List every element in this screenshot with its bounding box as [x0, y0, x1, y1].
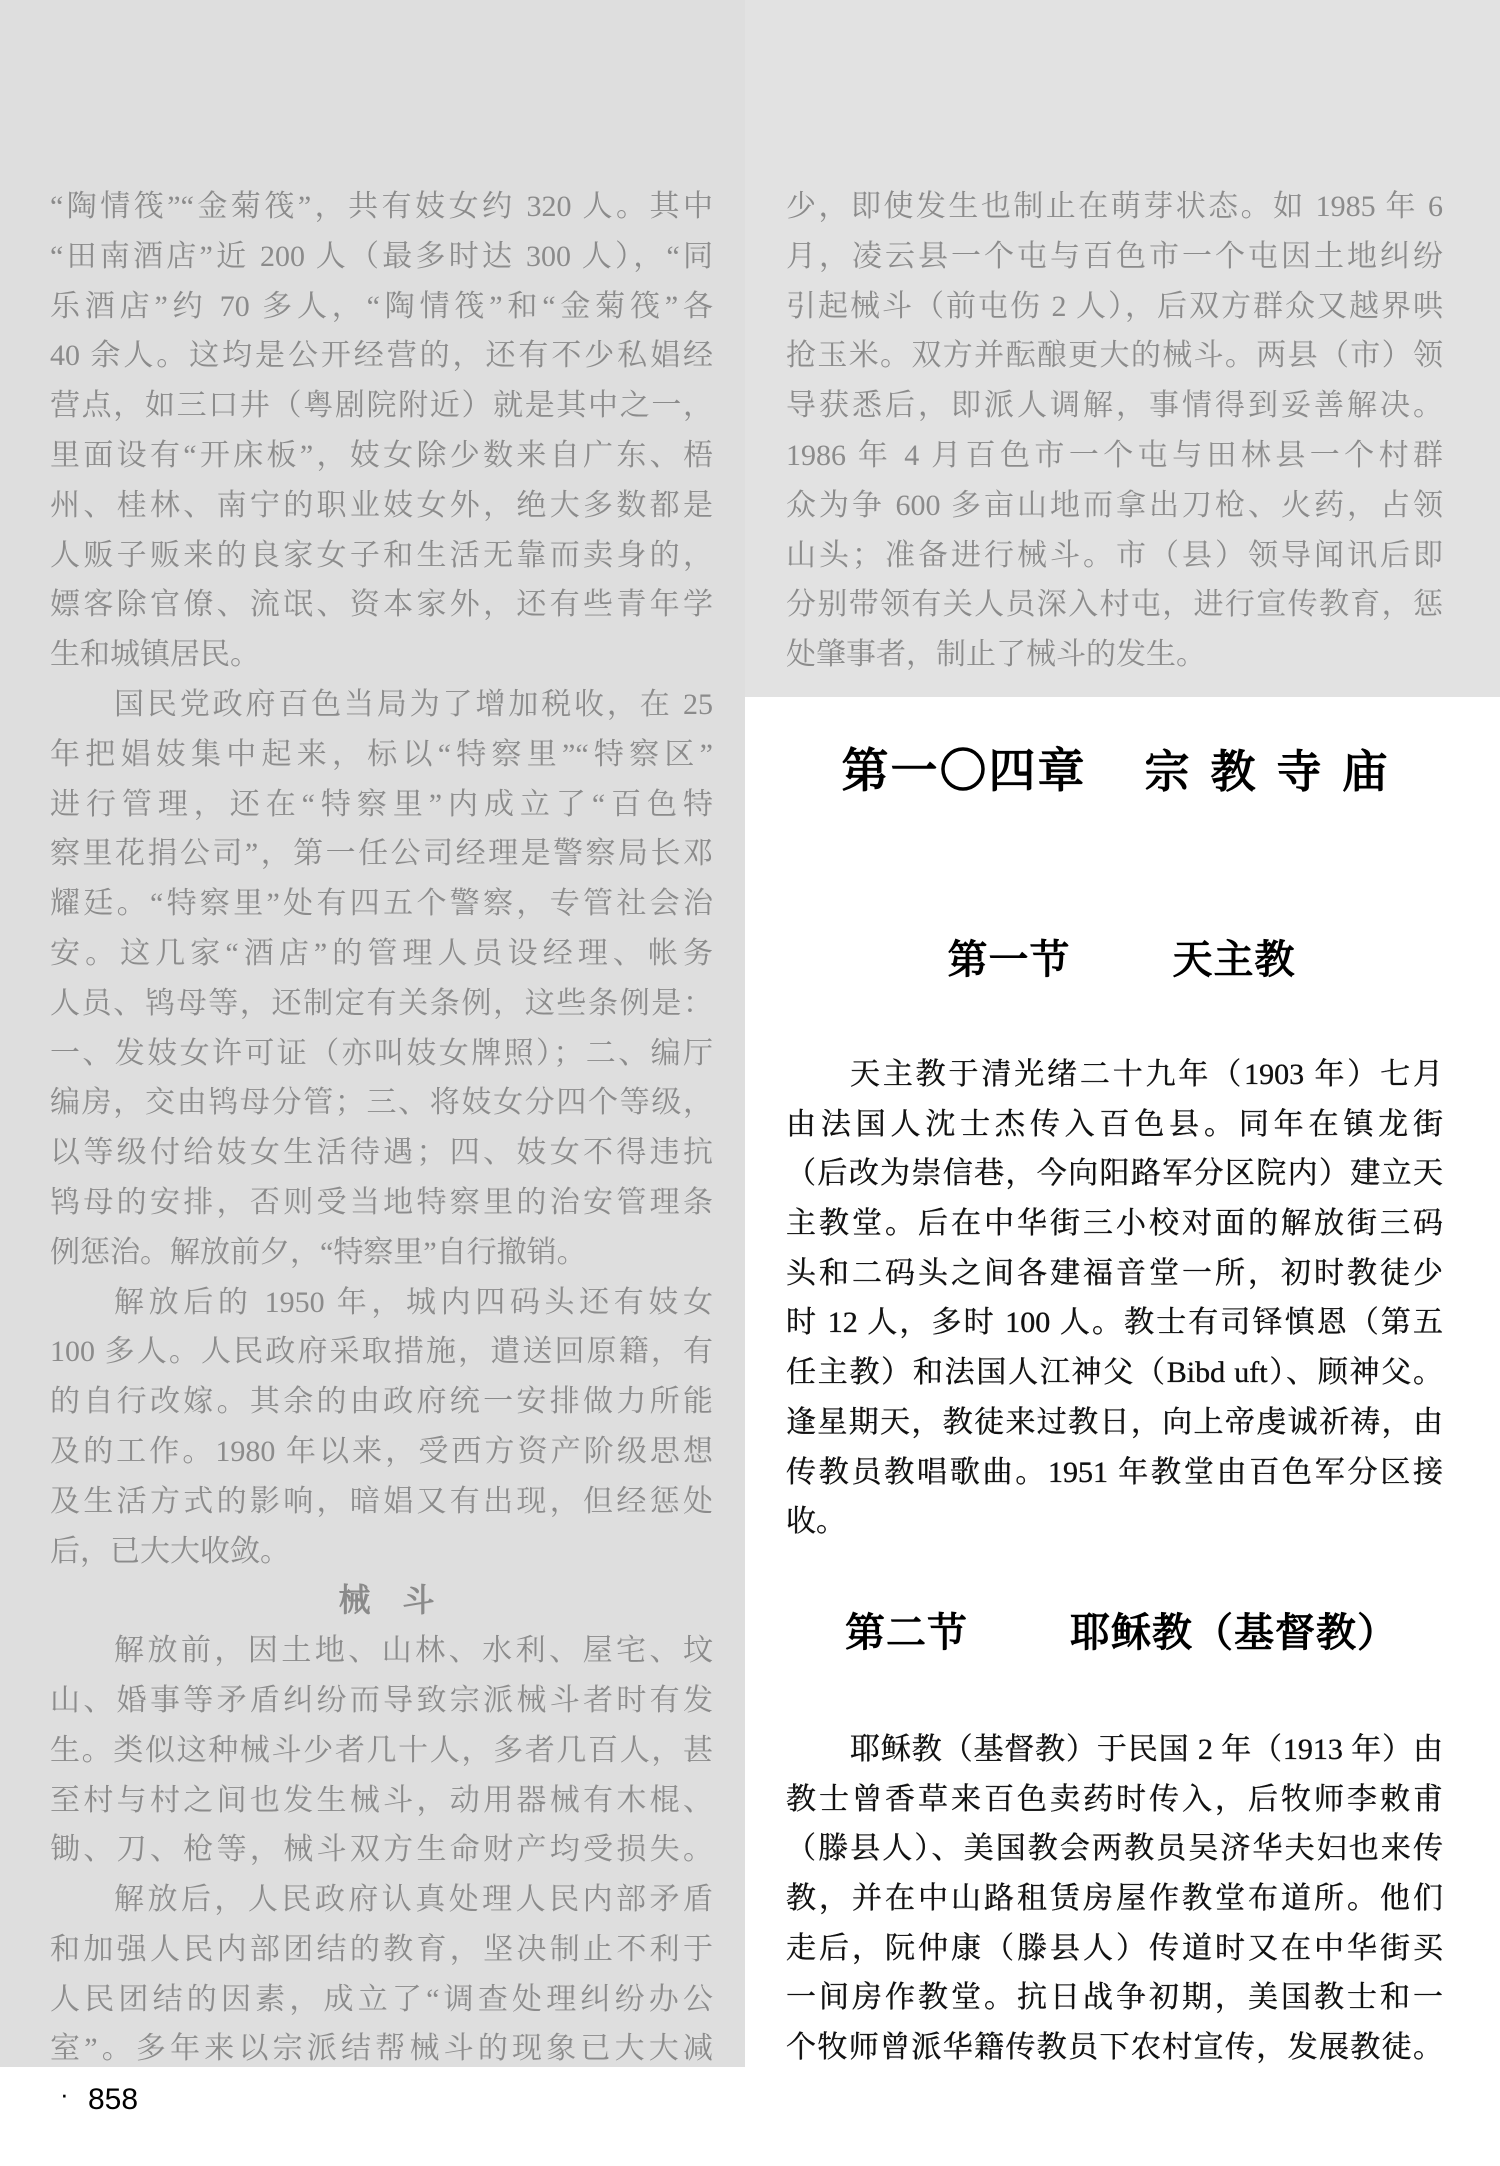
section-title: 耶稣教（基督教）	[1070, 1608, 1398, 1658]
section-number: 第一节	[948, 935, 1071, 985]
text-line: （滕县人）、美国教会两教员吴济华夫妇也来传	[786, 1824, 1443, 1874]
text-line: 少，即使发生也制止在萌芽状态。如 1985 年 6	[786, 182, 1443, 232]
text-line: 生。类似这种械斗少者几十人，多者几百人，甚	[50, 1726, 713, 1776]
text-line: 国民党政府百色当局为了增加税收，在 25	[50, 680, 713, 730]
paragraph-before-liberation: 解放前，因土地、山林、水利、屋宅、坟 山、婚事等矛盾纠纷而导致宗派械斗者时有发 …	[50, 1626, 713, 1875]
paragraph-after-liberation-1950: 解放后的 1950 年，城内四码头还有妓女 100 多人。人民政府采取措施，遣送…	[50, 1278, 713, 1577]
right-column-continued-paragraph: 少，即使发生也制止在萌芽状态。如 1985 年 6 月，凌云县一个屯与百色市一个…	[786, 182, 1443, 680]
text-line: 众为争 600 多亩山地而拿出刀枪、火药，占领	[786, 481, 1443, 531]
text-line: （后改为崇信巷，今向阳路军分区院内）建立天	[786, 1149, 1443, 1199]
text-line: 收。	[786, 1497, 1443, 1547]
text-line: 由法国人沈士杰传入百色县。同年在镇龙街	[786, 1100, 1443, 1150]
chapter-title: 第一〇四章 宗教寺庙	[786, 742, 1443, 802]
text-line: 至村与村之间也发生械斗，动用器械有木棍、	[50, 1776, 713, 1826]
text-line: 安。这几家“酒店”的管理人员设经理、帐务	[50, 929, 713, 979]
text-line: 室”。多年来以宗派结帮械斗的现象已大大减	[50, 2024, 713, 2074]
text-line: 100 多人。人民政府采取措施，遣送回原籍，有	[50, 1327, 713, 1377]
text-line: 分别带领有关人员深入村屯，进行宣传教育，惩	[786, 580, 1443, 630]
paragraph-tejiali: 国民党政府百色当局为了增加税收，在 25 年把娼妓集中起来，标以“特察里”“特察…	[50, 680, 713, 1278]
text-line: 引起械斗（前屯伤 2 人），后双方群众又越界哄	[786, 282, 1443, 332]
text-line: 耶稣教（基督教）于民国 2 年（1913 年）由	[786, 1725, 1443, 1775]
text-line: 后，已大大收敛。	[50, 1527, 713, 1577]
chapter-number: 第一〇四章	[841, 742, 1086, 802]
text-line: 40 余人。这均是公开经营的，还有不少私娼经	[50, 331, 713, 381]
text-line: 生和城镇居民。	[50, 630, 713, 680]
text-line: 例惩治。解放前夕，“特察里”自行撤销。	[50, 1228, 713, 1278]
text-line: 任主教）和法国人江神父（Bibd uft）、顾神父。	[786, 1348, 1443, 1398]
text-line: 解放后的 1950 年，城内四码头还有妓女	[50, 1278, 713, 1328]
page-number-value: 858	[88, 2083, 138, 2116]
text-line: 耀廷。“特察里”处有四五个警察，专管社会治	[50, 879, 713, 929]
text-line: 人民团结的因素，成立了“调查处理纠纷办公	[50, 1975, 713, 2025]
text-line: 山头；准备进行械斗。市（县）领导闻讯后即	[786, 531, 1443, 581]
text-line: 头和二码头之间各建福音堂一所，初时教徒少	[786, 1249, 1443, 1299]
paragraph-after-liberation-disputes: 解放后，人民政府认真处理人民内部矛盾 和加强人民内部团结的教育，坚决制止不利于 …	[50, 1875, 713, 2074]
text-line: 个牧师曾派华籍传教员下农村宣传，发展教徒。	[786, 2023, 1443, 2073]
paragraph-brothels-continued: “陶情筏”“金菊筏”，共有妓女约 320 人。其中 “田南酒店”近 200 人（…	[50, 182, 713, 680]
text-line: 一、发妓女许可证（亦叫妓女牌照）；二、编厅	[50, 1029, 713, 1079]
text-line: 以等级付给妓女生活待遇；四、妓女不得违抗	[50, 1128, 713, 1178]
subheading-armed-fights: 械 斗	[50, 1576, 713, 1626]
text-line: 一间房作教堂。抗日战争初期，美国教士和一	[786, 1973, 1443, 2023]
text-line: 月，凌云县一个屯与百色市一个屯因土地纠纷	[786, 232, 1443, 282]
section-heading-catholicism: 第一节 天主教	[786, 935, 1443, 985]
text-line: 时 12 人，多时 100 人。教士有司铎慎恩（第五	[786, 1298, 1443, 1348]
text-line: 嫖客除官僚、流氓、资本家外，还有些青年学	[50, 580, 713, 630]
text-line: 走后，阮仲康（滕县人）传道时又在中华街买	[786, 1924, 1443, 1974]
paragraph-catholicism: 天主教于清光绪二十九年（1903 年）七月 由法国人沈士杰传入百色县。同年在镇龙…	[786, 1050, 1443, 1547]
text-line: 1986 年 4 月百色市一个屯与田林县一个村群	[786, 431, 1443, 481]
section-heading-protestantism: 第二节 耶稣教（基督教）	[786, 1608, 1443, 1658]
section-number: 第二节	[845, 1608, 968, 1658]
text-line: “田南酒店”近 200 人（最多时达 300 人），“同	[50, 232, 713, 282]
text-line: 进行管理，还在“特察里”内成立了“百色特	[50, 780, 713, 830]
text-line: 编房，交由鸨母分管；三、将妓女分四个等级，	[50, 1078, 713, 1128]
text-line: 察里花捐公司”，第一任公司经理是警察局长邓	[50, 829, 713, 879]
paragraph-protestantism: 耶稣教（基督教）于民国 2 年（1913 年）由 教士曾香草来百色卖药时传入，后…	[786, 1725, 1443, 2073]
text-line: 锄、刀、枪等，械斗双方生命财产均受损失。	[50, 1825, 713, 1875]
bullet-dot-icon: ·	[60, 2076, 88, 2112]
text-line: 解放后，人民政府认真处理人民内部矛盾	[50, 1875, 713, 1925]
text-line: 处肇事者，制止了械斗的发生。	[786, 630, 1443, 680]
text-line: 和加强人民内部团结的教育，坚决制止不利于	[50, 1925, 713, 1975]
text-line: 解放前，因土地、山林、水利、屋宅、坟	[50, 1626, 713, 1676]
text-line: 乐酒店”约 70 多人，“陶情筏”和“金菊筏”各	[50, 282, 713, 332]
text-line: 人员、鸨母等，还制定有关条例，这些条例是：	[50, 979, 713, 1029]
text-line: 州、桂林、南宁的职业妓女外，绝大多数都是	[50, 481, 713, 531]
text-line: 主教堂。后在中华街三小校对面的解放街三码	[786, 1199, 1443, 1249]
text-line: “陶情筏”“金菊筏”，共有妓女约 320 人。其中	[50, 182, 713, 232]
text-line: 里面设有“开床板”，妓女除少数来自广东、梧	[50, 431, 713, 481]
page-number: ·858	[60, 2082, 138, 2118]
left-column: “陶情筏”“金菊筏”，共有妓女约 320 人。其中 “田南酒店”近 200 人（…	[50, 182, 713, 2074]
text-line: 鸨母的安排，否则受当地特察里的治安管理条	[50, 1178, 713, 1228]
text-line: 教士曾香草来百色卖药时传入，后牧师李敕甫	[786, 1775, 1443, 1825]
text-line: 传教员教唱歌曲。1951 年教堂由百色军分区接	[786, 1448, 1443, 1498]
text-line: 的自行改嫁。其余的由政府统一安排做力所能	[50, 1377, 713, 1427]
section-title: 天主教	[1173, 935, 1296, 985]
text-line: 教，并在中山路租赁房屋作教堂布道所。他们	[786, 1874, 1443, 1924]
text-line: 人贩子贩来的良家女子和生活无靠而卖身的，	[50, 531, 713, 581]
chapter-name: 宗教寺庙	[1144, 742, 1408, 802]
text-line: 逢星期天，教徒来过教日，向上帝虔诚祈祷，由	[786, 1398, 1443, 1448]
text-line: 年把娼妓集中起来，标以“特察里”“特察区”	[50, 730, 713, 780]
text-line: 及生活方式的影响，暗娼又有出现，但经惩处	[50, 1477, 713, 1527]
text-line: 抢玉米。双方并酝酿更大的械斗。两县（市）领	[786, 331, 1443, 381]
text-line: 及的工作。1980 年以来，受西方资产阶级思想	[50, 1427, 713, 1477]
text-line: 山、婚事等矛盾纠纷而导致宗派械斗者时有发	[50, 1676, 713, 1726]
text-line: 导获悉后，即派人调解，事情得到妥善解决。	[786, 381, 1443, 431]
text-line: 营点，如三口井（粤剧院附近）就是其中之一，	[50, 381, 713, 431]
text-line: 天主教于清光绪二十九年（1903 年）七月	[786, 1050, 1443, 1100]
